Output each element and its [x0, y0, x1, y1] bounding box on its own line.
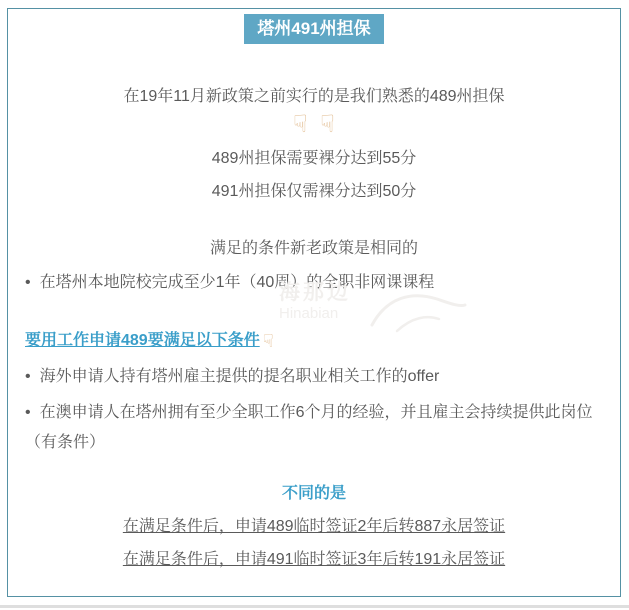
points-491-line: 491州担保仅需裸分达到50分	[8, 182, 620, 202]
points-489-line: 489州担保需要裸分达到55分	[8, 149, 620, 169]
point-down-emoji-pair: ☟ ☟	[8, 113, 620, 137]
content-card: 塔州491州担保 在19年11月新政策之前实行的是我们熟悉的489州担保 ☟ ☟…	[7, 8, 621, 597]
work-requirements-heading: 要用工作申请489要满足以下条件☟	[25, 331, 620, 351]
difference-489-line: 在满足条件后，申请489临时签证2年后转887永居签证	[8, 517, 620, 537]
work-requirements-bullet-experience: 在澳申请人在塔州拥有至少全职工作6个月的经验，并且雇主会持续提供此岗位（有条件）	[8, 398, 620, 458]
point-down-icon: ☟	[293, 113, 308, 137]
differences-heading: 不同的是	[8, 484, 620, 504]
point-down-icon: ☟	[263, 332, 274, 350]
same-conditions-heading: 满足的条件新老政策是相同的	[8, 239, 620, 259]
work-requirements-heading-text: 要用工作申请489要满足以下条件	[25, 332, 260, 349]
same-conditions-bullet: 在塔州本地院校完成至少1年（40周）的全职非网课课程	[8, 273, 620, 293]
intro-line: 在19年11月新政策之前实行的是我们熟悉的489州担保	[8, 87, 620, 107]
watermark-logo-swoosh	[367, 287, 467, 337]
title-badge: 塔州491州担保	[244, 14, 383, 44]
watermark-en-text: Hinabian	[279, 305, 351, 323]
difference-491-line: 在满足条件后，申请491临时签证3年后转191永居签证	[8, 550, 620, 570]
bottom-divider	[0, 605, 629, 608]
work-requirements-bullet-offer: 海外申请人持有塔州雇主提供的提名职业相关工作的offer	[8, 367, 620, 387]
point-down-icon: ☟	[320, 113, 335, 137]
badge-row: 塔州491州担保	[8, 14, 620, 44]
